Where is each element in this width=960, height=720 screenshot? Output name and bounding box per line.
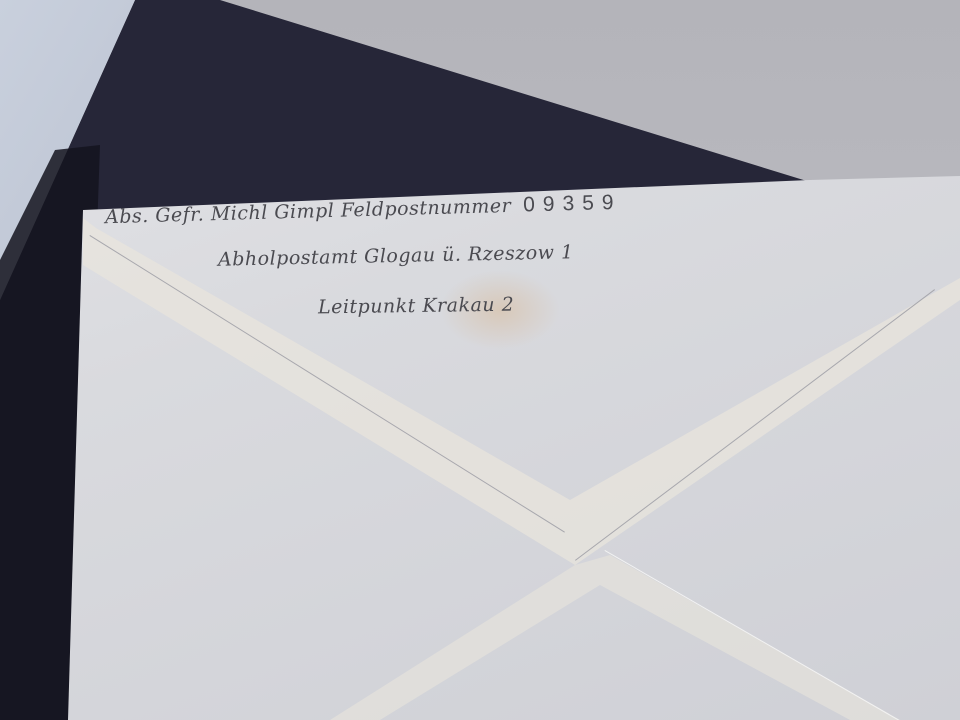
feldpost-number: 09359 bbox=[523, 191, 622, 217]
sender-line-3: Leitpunkt Krakau 2 bbox=[318, 294, 515, 319]
photo-scene: Abs. Gefr. Michl Gimpl Feldpostnummer093… bbox=[0, 0, 960, 720]
